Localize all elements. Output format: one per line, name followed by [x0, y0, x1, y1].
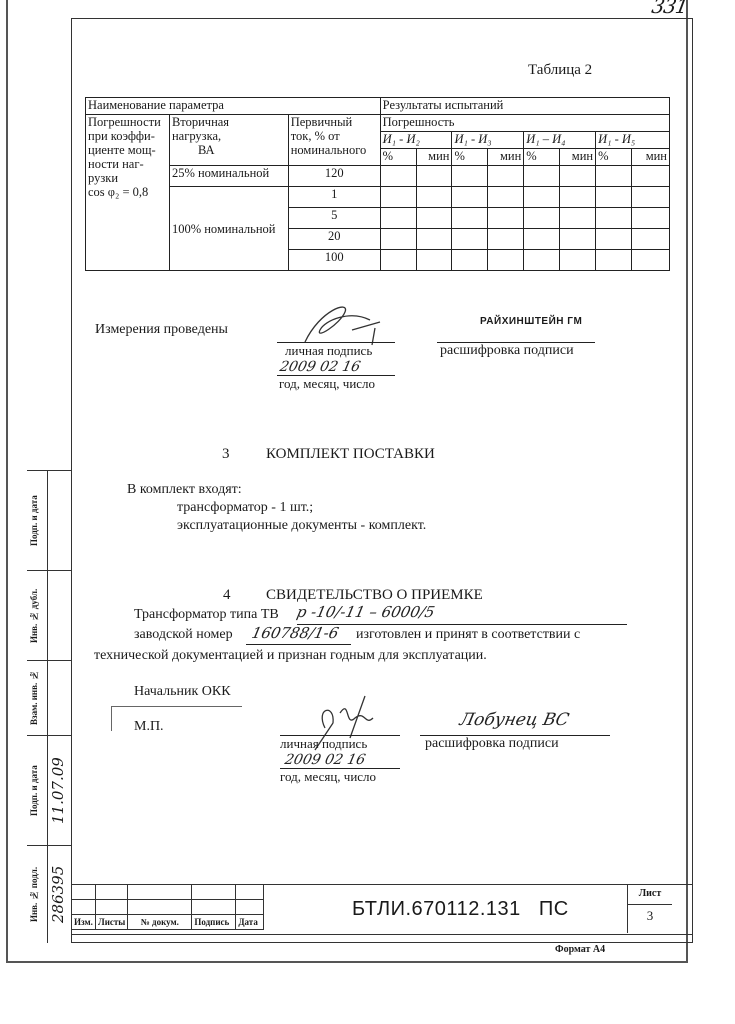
unit-min: мин [560, 149, 596, 166]
pair-4: И₁ - И₅ [596, 132, 670, 149]
current-value: 5 [288, 208, 380, 229]
chief-date-caption: год, месяц, число [280, 769, 376, 785]
side-label: Подп. и дата [29, 736, 47, 845]
col2-line: ВА [172, 143, 286, 157]
result-cell[interactable] [488, 229, 524, 250]
result-cell[interactable] [631, 208, 669, 229]
header-param: Наименование параметра [86, 98, 381, 115]
col1-line: рузки [88, 171, 167, 185]
side-label: Инв. № подл. [29, 846, 47, 943]
col1-line: cos φ₂ = 0,8 [88, 185, 167, 199]
result-cell[interactable] [452, 250, 488, 271]
result-cell[interactable] [631, 229, 669, 250]
pair-1: И₁ - И₂ [380, 132, 452, 149]
result-cell[interactable] [416, 208, 452, 229]
result-cell[interactable] [524, 250, 560, 271]
side-value [49, 471, 69, 570]
stamp-cell [236, 900, 264, 915]
result-cell[interactable] [488, 166, 524, 187]
side-cell: Подп. и дата [27, 470, 71, 570]
result-cell[interactable] [488, 208, 524, 229]
chief-signature-caption: личная подпись [280, 736, 367, 752]
result-cell[interactable] [452, 208, 488, 229]
unit-min: мин [416, 149, 452, 166]
document-code: БТЛИ.670112.131 ПС [352, 898, 569, 921]
side-cell: Взам. инв. № [27, 660, 71, 735]
result-cell[interactable] [380, 187, 416, 208]
result-cell[interactable] [524, 166, 560, 187]
secondary-load-header: Вторичная нагрузка, ВА [169, 115, 288, 166]
result-cell[interactable] [452, 187, 488, 208]
col-sheets: Листы [96, 915, 128, 930]
side-margin-column: Подп. и дата Инв. № дубл. Взам. инв. № П… [27, 470, 71, 943]
col2-line: нагрузка, [172, 129, 286, 143]
result-cell[interactable] [524, 229, 560, 250]
result-cell[interactable] [631, 166, 669, 187]
unit-min: мин [631, 149, 669, 166]
side-cell: Инв. № дубл. [27, 570, 71, 660]
result-cell[interactable] [560, 166, 596, 187]
primary-current-header: Первичный ток, % от номинального [288, 115, 380, 166]
stamp-cell [236, 885, 264, 900]
section4-number: 4 [223, 587, 231, 604]
result-cell[interactable] [631, 250, 669, 271]
col3-line: Первичный [291, 115, 378, 129]
col-date: Дата [236, 915, 264, 930]
stamp-cell [72, 900, 96, 915]
side-value: 286395 [49, 846, 69, 943]
serial-line [246, 644, 351, 645]
current-value: 1 [288, 187, 380, 208]
unit-min: мин [488, 149, 524, 166]
name-stamp: РАЙХИНШТЕЙН ГМ [480, 316, 582, 327]
section3-item: эксплуатационные документы - комплект. [177, 518, 426, 534]
load-100: 100% номинальной [169, 187, 288, 271]
side-divider [47, 471, 48, 570]
stamp-cell [96, 885, 128, 900]
side-divider [47, 736, 48, 845]
col-doc-no: № докум. [128, 915, 192, 930]
serial-value-handwritten: 160788/1-6 [250, 624, 340, 642]
section4-title: СВИДЕТЕЛЬСТВО О ПРИЕМКЕ [266, 587, 483, 604]
type-value-handwritten: р -10/-11 – 6000/5 [295, 603, 436, 621]
table-caption: Таблица 2 [528, 62, 592, 79]
side-label: Инв. № дубл. [29, 571, 47, 660]
side-cell: Подп. и дата 11.07.09 [27, 735, 71, 845]
sheet-value: 3 [628, 908, 672, 924]
handwritten-date: 2009 02 16 [278, 359, 362, 375]
result-cell[interactable] [380, 250, 416, 271]
result-cell[interactable] [631, 187, 669, 208]
type-line [297, 624, 627, 625]
date-caption: год, месяц, число [279, 376, 375, 392]
title-block-revision-table: Изм. Листы № докум. Подпись Дата [71, 884, 264, 930]
stamp-place-label: М.П. [134, 719, 164, 735]
unit-percent: % [596, 149, 632, 166]
result-cell[interactable] [416, 229, 452, 250]
result-cell[interactable] [416, 166, 452, 187]
signature-caption: личная подпись [285, 343, 372, 359]
section3-intro: В комплект входят: [127, 482, 242, 498]
result-cell[interactable] [488, 187, 524, 208]
result-cell[interactable] [452, 166, 488, 187]
unit-percent: % [380, 149, 416, 166]
result-cell[interactable] [560, 187, 596, 208]
result-cell[interactable] [380, 229, 416, 250]
serial-label: заводской номер [134, 627, 233, 643]
col1-line: циенте мощ- [88, 143, 167, 157]
stamp-cell [192, 900, 236, 915]
col-signature: Подпись [192, 915, 236, 930]
stamp-cell [96, 900, 128, 915]
stamp-cell [128, 900, 192, 915]
title-block-bottom-line [71, 934, 693, 935]
sheet-box: Лист 3 [627, 884, 672, 933]
result-cell[interactable] [596, 229, 632, 250]
result-cell[interactable] [560, 229, 596, 250]
measurements-label: Измерения проведены [95, 322, 228, 338]
result-cell[interactable] [596, 187, 632, 208]
current-value: 20 [288, 229, 380, 250]
chief-handwritten-date: 2009 02 16 [283, 752, 367, 768]
result-cell[interactable] [380, 166, 416, 187]
col1-line: ности наг- [88, 157, 167, 171]
side-value: 11.07.09 [49, 736, 69, 845]
result-cell[interactable] [596, 166, 632, 187]
type-label: Трансформатор типа ТВ [134, 607, 279, 623]
load-25: 25% номинальной [169, 166, 288, 187]
side-value [49, 661, 69, 735]
col-change: Изм. [72, 915, 96, 930]
stamp-cell [192, 885, 236, 900]
result-cell[interactable] [380, 208, 416, 229]
side-label: Подп. и дата [29, 471, 47, 570]
result-cell[interactable] [560, 208, 596, 229]
col3-line: номинального [291, 143, 378, 157]
error-label: Погрешность [380, 115, 669, 132]
col1-line: Погрешности [88, 115, 167, 129]
unit-percent: % [524, 149, 560, 166]
result-cell[interactable] [488, 250, 524, 271]
current-value: 100 [288, 250, 380, 271]
result-cell[interactable] [596, 250, 632, 271]
result-cell[interactable] [596, 208, 632, 229]
chief-name-handwritten: Лобунец ВС [458, 710, 571, 730]
result-cell[interactable] [452, 229, 488, 250]
pair-2: И₁ - И₃ [452, 132, 524, 149]
stamp-cell [128, 885, 192, 900]
test-results-table: Наименование параметра Результаты испыта… [85, 97, 670, 271]
error-conditions-cell: Погрешности при коэффи- циенте мощ- ност… [86, 115, 170, 271]
chief-name-caption: расшифровка подписи [425, 736, 559, 752]
current-value: 120 [288, 166, 380, 187]
section3-item: трансформатор - 1 шт.; [177, 500, 313, 516]
side-cell: Инв. № подл. 286395 [27, 845, 71, 943]
sheet-label: Лист [628, 884, 672, 905]
acceptance-text: технической документацией и признан годн… [94, 648, 487, 664]
side-divider [47, 661, 48, 735]
col3-line: ток, % от [291, 129, 378, 143]
stamp-place-corner [111, 706, 242, 731]
section3-title: КОМПЛЕКТ ПОСТАВКИ [266, 446, 435, 463]
unit-percent: % [452, 149, 488, 166]
side-divider [47, 571, 48, 660]
side-value [49, 571, 69, 660]
result-cell[interactable] [416, 187, 452, 208]
result-cell[interactable] [524, 208, 560, 229]
name-caption: расшифровка подписи [440, 343, 574, 359]
col2-line: Вторичная [172, 115, 286, 129]
side-divider [47, 846, 48, 943]
result-cell[interactable] [560, 250, 596, 271]
handwritten-sheet-number: 331 [650, 0, 689, 18]
paper-format: Формат А4 [555, 944, 605, 955]
side-label: Взам. инв. № [29, 661, 47, 735]
header-results: Результаты испытаний [380, 98, 669, 115]
serial-suffix: изготовлен и принят в соответствии с [356, 627, 580, 643]
section3-number: 3 [222, 446, 230, 463]
chief-label: Начальник ОКК [134, 684, 231, 700]
result-cell[interactable] [524, 187, 560, 208]
col1-line: при коэффи- [88, 129, 167, 143]
pair-3: И₁ – И₄ [524, 132, 596, 149]
result-cell[interactable] [416, 250, 452, 271]
stamp-cell [72, 885, 96, 900]
